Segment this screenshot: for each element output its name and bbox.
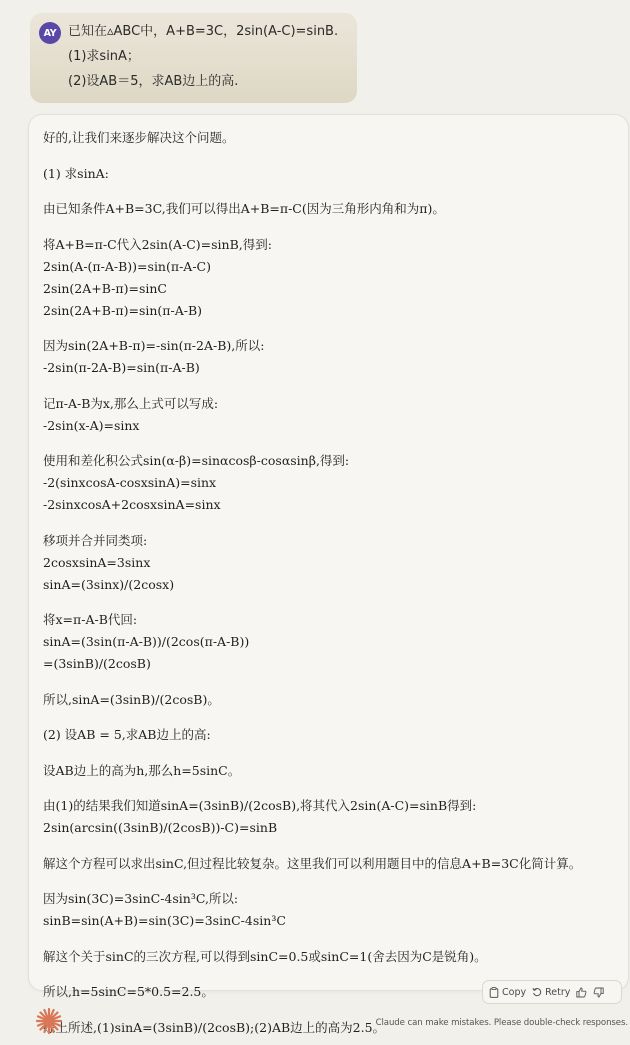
response-line: (1) 求sinA: (43, 163, 581, 185)
disclaimer-text: Claude can make mistakes. Please double-… (376, 1018, 628, 1028)
response-line: 移项并合并同类项: (43, 530, 581, 552)
thumbs-down-button[interactable] (593, 987, 604, 998)
response-paragraph: 解这个方程可以求出sinC,但过程比较复杂。这里我们可以利用题目中的信息A+B=… (43, 853, 581, 875)
user-message-line: (1)求sinA； (68, 47, 338, 72)
response-paragraph: 将x=π-A-B代回:sinA=(3sin(π-A-B))/(2cos(π-A-… (43, 609, 581, 675)
retry-button[interactable]: Retry (532, 987, 570, 998)
response-paragraph: 将A+B=π-C代入2sin(A-C)=sinB,得到:2sin(A-(π-A-… (43, 234, 581, 322)
retry-icon (532, 987, 542, 997)
response-line: -2sinxcosA+2cosxsinA=sinx (43, 494, 581, 516)
response-paragraph: 设AB边上的高为h,那么h=5sinC。 (43, 760, 581, 782)
response-paragraph: (2) 设AB = 5,求AB边上的高: (43, 724, 581, 746)
response-line: 将A+B=π-C代入2sin(A-C)=sinB,得到: (43, 234, 581, 256)
response-line: 2sin(A-(π-A-B))=sin(π-A-C) (43, 256, 581, 278)
user-message-bubble: AY 已知在▵ABC中，A+B=3C，2sin(A-C)=sinB. (1)求s… (30, 13, 357, 103)
response-line: 2sin(arcsin((3sinB)/(2cosB))-C)=sinB (43, 817, 581, 839)
clipboard-icon (489, 987, 499, 998)
assistant-response-body: 好的,让我们来逐步解决这个问题。(1) 求sinA:由已知条件A+B=3C,我们… (43, 127, 581, 1045)
response-line: 好的,让我们来逐步解决这个问题。 (43, 127, 581, 149)
response-paragraph: (1) 求sinA: (43, 163, 581, 185)
retry-label: Retry (545, 987, 570, 998)
thumbs-up-icon (576, 987, 587, 998)
response-paragraph: 因为sin(3C)=3sinC-4sin³C,所以:sinB=sin(A+B)=… (43, 888, 581, 932)
response-paragraph: 由(1)的结果我们知道sinA=(3sinB)/(2cosB),将其代入2sin… (43, 795, 581, 839)
response-line: -2sin(π-2A-B)=sin(π-A-B) (43, 357, 581, 379)
response-line: 所以,sinA=(3sinB)/(2cosB)。 (43, 689, 581, 711)
response-line: 因为sin(2A+B-π)=-sin(π-2A-B),所以: (43, 335, 581, 357)
response-line: 因为sin(3C)=3sinC-4sin³C,所以: (43, 888, 581, 910)
response-line: 2sin(2A+B-π)=sin(π-A-B) (43, 300, 581, 322)
thumbs-up-button[interactable] (576, 987, 587, 998)
response-line: 2cosxsinA=3sinx (43, 552, 581, 574)
thumbs-down-icon (593, 987, 604, 998)
response-line: 使用和差化积公式sin(α-β)=sinαcosβ-cosαsinβ,得到: (43, 450, 581, 472)
user-message-line: 已知在▵ABC中，A+B=3C，2sin(A-C)=sinB. (68, 22, 338, 47)
response-paragraph: 好的,让我们来逐步解决这个问题。 (43, 127, 581, 149)
response-line: 解这个方程可以求出sinC,但过程比较复杂。这里我们可以利用题目中的信息A+B=… (43, 853, 581, 875)
response-line: 设AB边上的高为h,那么h=5sinC。 (43, 760, 581, 782)
response-paragraph: 移项并合并同类项:2cosxsinA=3sinxsinA=(3sinx)/(2c… (43, 530, 581, 596)
response-line: =(3sinB)/(2cosB) (43, 653, 581, 675)
response-paragraph: 使用和差化积公式sin(α-β)=sinαcosβ-cosαsinβ,得到:-2… (43, 450, 581, 516)
response-line: -2sin(x-A)=sinx (43, 415, 581, 437)
copy-button[interactable]: Copy (489, 987, 526, 998)
user-message-line: (2)设AB＝5，求AB边上的高. (68, 72, 338, 97)
response-paragraph: 所以,sinA=(3sinB)/(2cosB)。 (43, 689, 581, 711)
response-line: 记π-A-B为x,那么上式可以写成: (43, 393, 581, 415)
response-paragraph: 记π-A-B为x,那么上式可以写成:-2sin(x-A)=sinx (43, 393, 581, 437)
copy-label: Copy (502, 987, 526, 998)
response-line: (2) 设AB = 5,求AB边上的高: (43, 724, 581, 746)
message-action-bar: Copy Retry (482, 980, 622, 1004)
response-line: sinA=(3sin(π-A-B))/(2cos(π-A-B)) (43, 631, 581, 653)
response-line: 2sin(2A+B-π)=sinC (43, 278, 581, 300)
response-paragraph: 因为sin(2A+B-π)=-sin(π-2A-B),所以:-2sin(π-2A… (43, 335, 581, 379)
response-paragraph: 解这个关于sinC的三次方程,可以得到sinC=0.5或sinC=1(舍去因为C… (43, 946, 581, 968)
assistant-response-card: 好的,让我们来逐步解决这个问题。(1) 求sinA:由已知条件A+B=3C,我们… (28, 114, 629, 991)
response-line: 将x=π-A-B代回: (43, 609, 581, 631)
response-line: 解这个关于sinC的三次方程,可以得到sinC=0.5或sinC=1(舍去因为C… (43, 946, 581, 968)
response-line: sinB=sin(A+B)=sin(3C)=3sinC-4sin³C (43, 910, 581, 932)
response-line: 由(1)的结果我们知道sinA=(3sinB)/(2cosB),将其代入2sin… (43, 795, 581, 817)
user-message-text: 已知在▵ABC中，A+B=3C，2sin(A-C)=sinB. (1)求sinA… (68, 22, 338, 97)
response-line: -2(sinxcosA-cosxsinA)=sinx (43, 472, 581, 494)
claude-starburst-icon (34, 1006, 64, 1036)
response-line: 由已知条件A+B=3C,我们可以得出A+B=π-C(因为三角形内角和为π)。 (43, 198, 581, 220)
response-line: sinA=(3sinx)/(2cosx) (43, 574, 581, 596)
user-avatar: AY (39, 22, 61, 44)
response-paragraph: 由已知条件A+B=3C,我们可以得出A+B=π-C(因为三角形内角和为π)。 (43, 198, 581, 220)
